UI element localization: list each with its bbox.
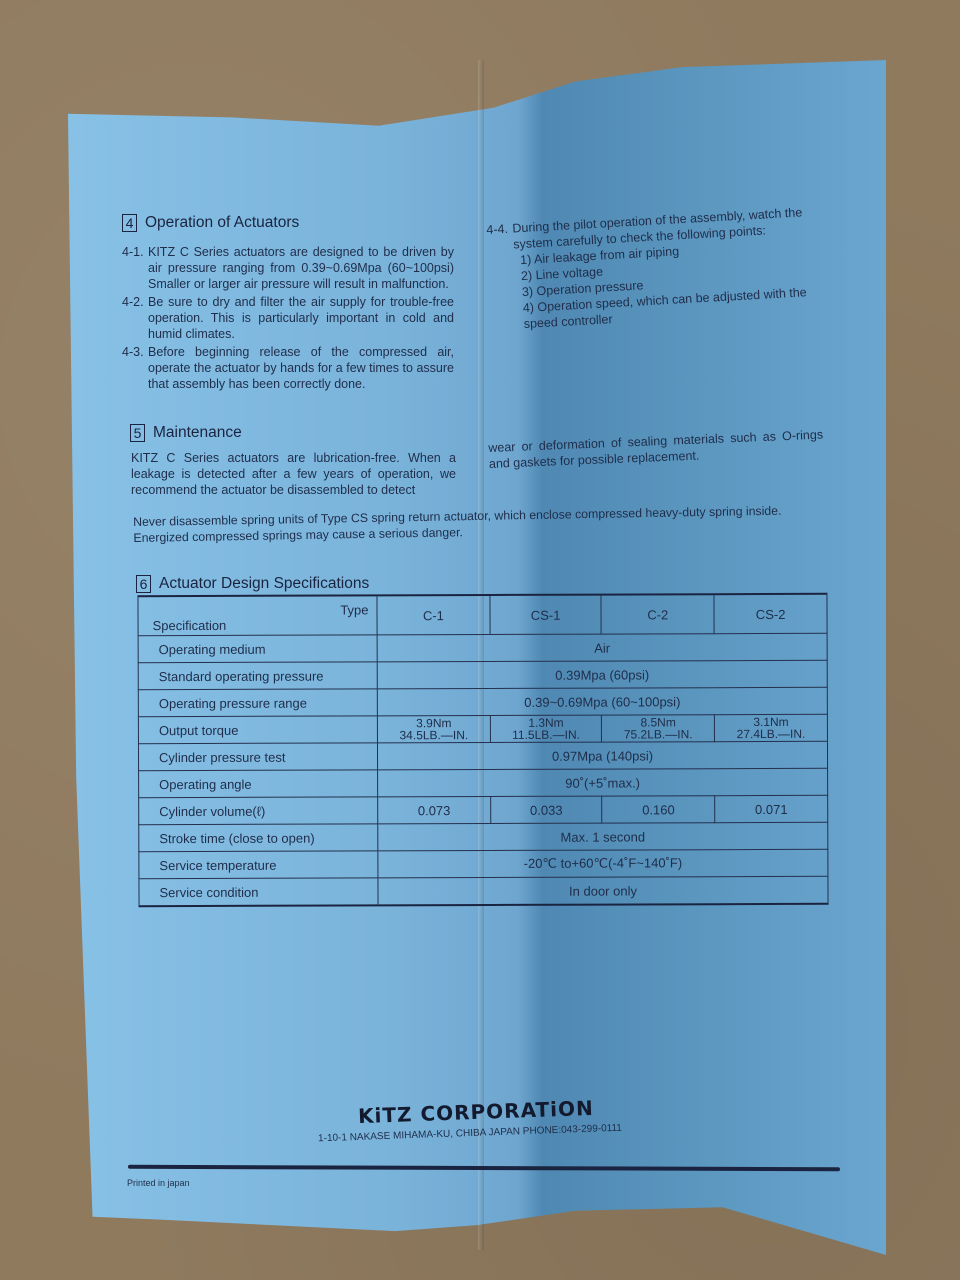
item-4-2: 4-2. Be sure to dry and filter the air s… xyxy=(122,294,454,342)
section-number: 5 xyxy=(130,424,145,442)
spec-table: Specification Type C-1 CS-1 C-2 CS-2 Ope… xyxy=(137,593,828,907)
type-header: C-2 xyxy=(601,594,714,634)
item-4-1: 4-1. KITZ C Series actuators are designe… xyxy=(122,244,454,292)
table-header-row: Specification Type C-1 CS-1 C-2 CS-2 xyxy=(138,594,827,636)
table-row: Cylinder volume(ℓ) 0.073 0.033 0.160 0.0… xyxy=(139,795,828,824)
section-6-heading: 6 Actuator Design Specifications xyxy=(136,575,369,593)
item-4-4: 4-4. During the pilot operation of the a… xyxy=(486,203,832,334)
section-number: 6 xyxy=(136,575,151,593)
type-header: CS-1 xyxy=(490,595,602,635)
section-title: Operation of Actuators xyxy=(145,214,299,232)
table-row: Output torque 3.9Nm34.5LB.—IN. 1.3Nm11.5… xyxy=(138,714,827,743)
table-row: Stroke time (close to open) Max. 1 secon… xyxy=(139,822,828,851)
table-row: Service temperature -20℃ to+60℃(-4˚F~140… xyxy=(139,849,828,878)
table-row: Standard operating pressure 0.39Mpa (60p… xyxy=(138,660,827,689)
section-4-left-column: 4-1. KITZ C Series actuators are designe… xyxy=(122,244,454,392)
printed-in-label: Printed in japan xyxy=(127,1178,190,1188)
table-row: Operating pressure range 0.39~0.69Mpa (6… xyxy=(138,687,827,716)
type-header: CS-2 xyxy=(714,594,827,634)
table-row: Service condition In door only xyxy=(139,876,828,906)
table-row: Operating medium Air xyxy=(138,633,827,662)
section-title: Maintenance xyxy=(153,424,242,442)
section-title: Actuator Design Specifications xyxy=(159,575,369,593)
section-5-heading: 5 Maintenance xyxy=(130,424,242,442)
table-row: Cylinder pressure test 0.97Mpa (140psi) xyxy=(138,741,827,770)
item-4-3: 4-3. Before beginning release of the com… xyxy=(122,344,454,392)
section-4-heading: 4 Operation of Actuators xyxy=(122,214,299,232)
spec-type-header: Specification Type xyxy=(138,595,377,635)
type-header: C-1 xyxy=(377,595,490,635)
section-number: 4 xyxy=(122,214,137,232)
table-row: Operating angle 90˚(+5˚max.) xyxy=(139,768,828,797)
maintenance-text-left: KITZ C Series actuators are lubrication-… xyxy=(131,450,456,498)
